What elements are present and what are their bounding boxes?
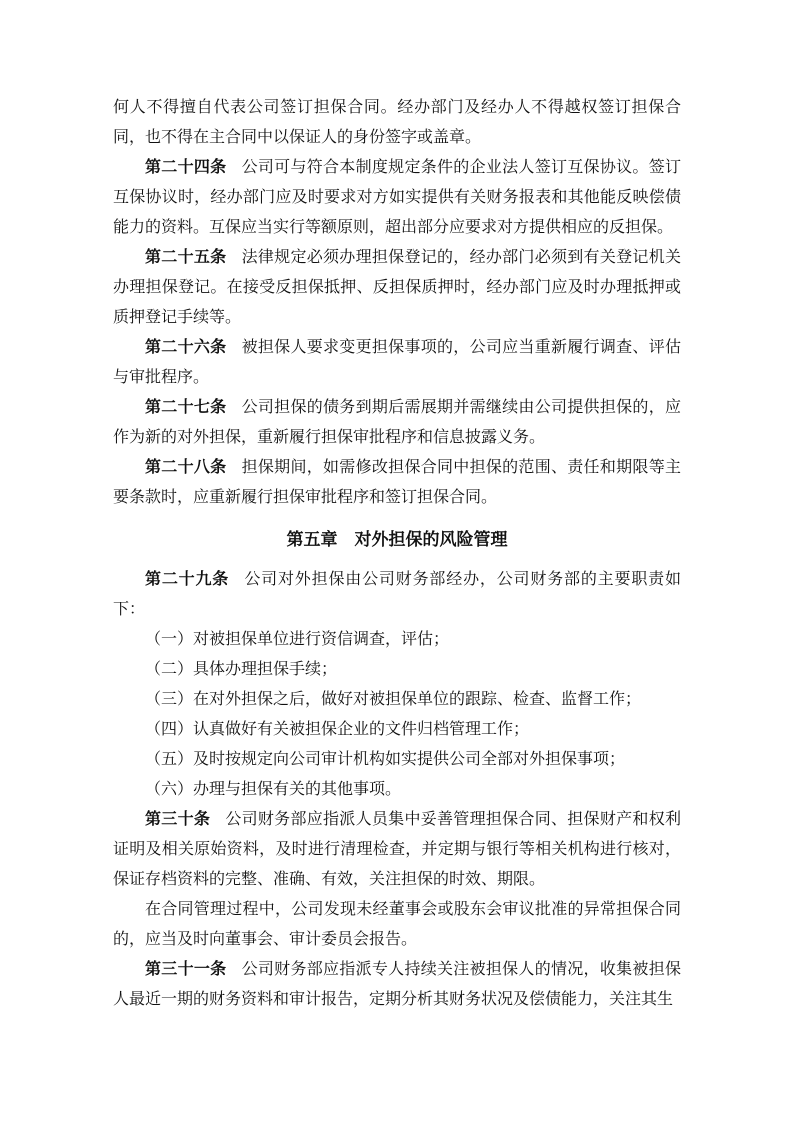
article-24-number: 第二十四条 — [145, 159, 226, 176]
list-item-6: （六）办理与担保有关的其他事项。 — [113, 775, 681, 805]
article-27-number: 第二十七条 — [145, 399, 226, 416]
article-29: 第二十九条公司对外担保由公司财务部经办，公司财务部的主要职责如下： — [113, 565, 681, 625]
article-28: 第二十八条担保期间，如需修改担保合同中担保的范围、责任和期限等主要条款时，应重新… — [113, 453, 681, 513]
list-item-4: （四）认真做好有关被担保企业的文件归档管理工作； — [113, 715, 681, 745]
list-item-1: （一）对被担保单位进行资信调查，评估； — [113, 625, 681, 655]
list-item-5-text: （五）及时按规定向公司审计机构如实提供公司全部对外担保事项； — [145, 751, 625, 768]
article-29-number: 第二十九条 — [145, 571, 229, 588]
paragraph-contract-management: 在合同管理过程中，公司发现未经董事会或股东会审议批准的异常担保合同的，应当及时向… — [113, 895, 681, 955]
article-30-number: 第三十条 — [145, 811, 210, 828]
list-item-6-text: （六）办理与担保有关的其他事项。 — [145, 781, 401, 798]
list-item-2-text: （二）具体办理担保手续； — [145, 661, 337, 678]
article-25-number: 第二十五条 — [145, 249, 226, 266]
article-31-number: 第三十一条 — [145, 961, 226, 978]
list-item-3: （三）在对外担保之后，做好对被担保单位的跟踪、检查、监督工作； — [113, 685, 681, 715]
article-27: 第二十七条公司担保的债务到期后需展期并需继续由公司提供担保的，应作为新的对外担保… — [113, 393, 681, 453]
list-item-4-text: （四）认真做好有关被担保企业的文件归档管理工作； — [145, 721, 529, 738]
list-item-3-text: （三）在对外担保之后，做好对被担保单位的跟踪、检查、监督工作； — [145, 691, 641, 708]
list-item-5: （五）及时按规定向公司审计机构如实提供公司全部对外担保事项； — [113, 745, 681, 775]
list-item-1-text: （一）对被担保单位进行资信调查，评估； — [145, 631, 449, 648]
chapter-5-heading: 第五章 对外担保的风险管理 — [113, 525, 681, 555]
article-24: 第二十四条公司可与符合本制度规定条件的企业法人签订互保协议。签订互保协议时，经办… — [113, 153, 681, 243]
article-30: 第三十条公司财务部应指派人员集中妥善管理担保合同、担保财产和权利证明及相关原始资… — [113, 805, 681, 895]
article-31: 第三十一条公司财务部应指派专人持续关注被担保人的情况，收集被担保人最近一期的财务… — [113, 955, 681, 1015]
article-25: 第二十五条法律规定必须办理担保登记的，经办部门必须到有关登记机关办理担保登记。在… — [113, 243, 681, 333]
list-item-2: （二）具体办理担保手续； — [113, 655, 681, 685]
paragraph-text: 在合同管理过程中，公司发现未经董事会或股东会审议批准的异常担保合同的，应当及时向… — [113, 901, 681, 948]
paragraph-continuation: 何人不得擅自代表公司签订担保合同。经办部门及经办人不得越权签订担保合同，也不得在… — [113, 93, 681, 153]
paragraph-text: 何人不得擅自代表公司签订担保合同。经办部门及经办人不得越权签订担保合同，也不得在… — [113, 99, 681, 146]
article-26: 第二十六条被担保人要求变更担保事项的，公司应当重新履行调查、评估与审批程序。 — [113, 333, 681, 393]
document-page: 何人不得擅自代表公司签订担保合同。经办部门及经办人不得越权签订担保合同，也不得在… — [0, 0, 794, 1122]
article-28-number: 第二十八条 — [145, 459, 226, 476]
article-26-number: 第二十六条 — [145, 339, 226, 356]
